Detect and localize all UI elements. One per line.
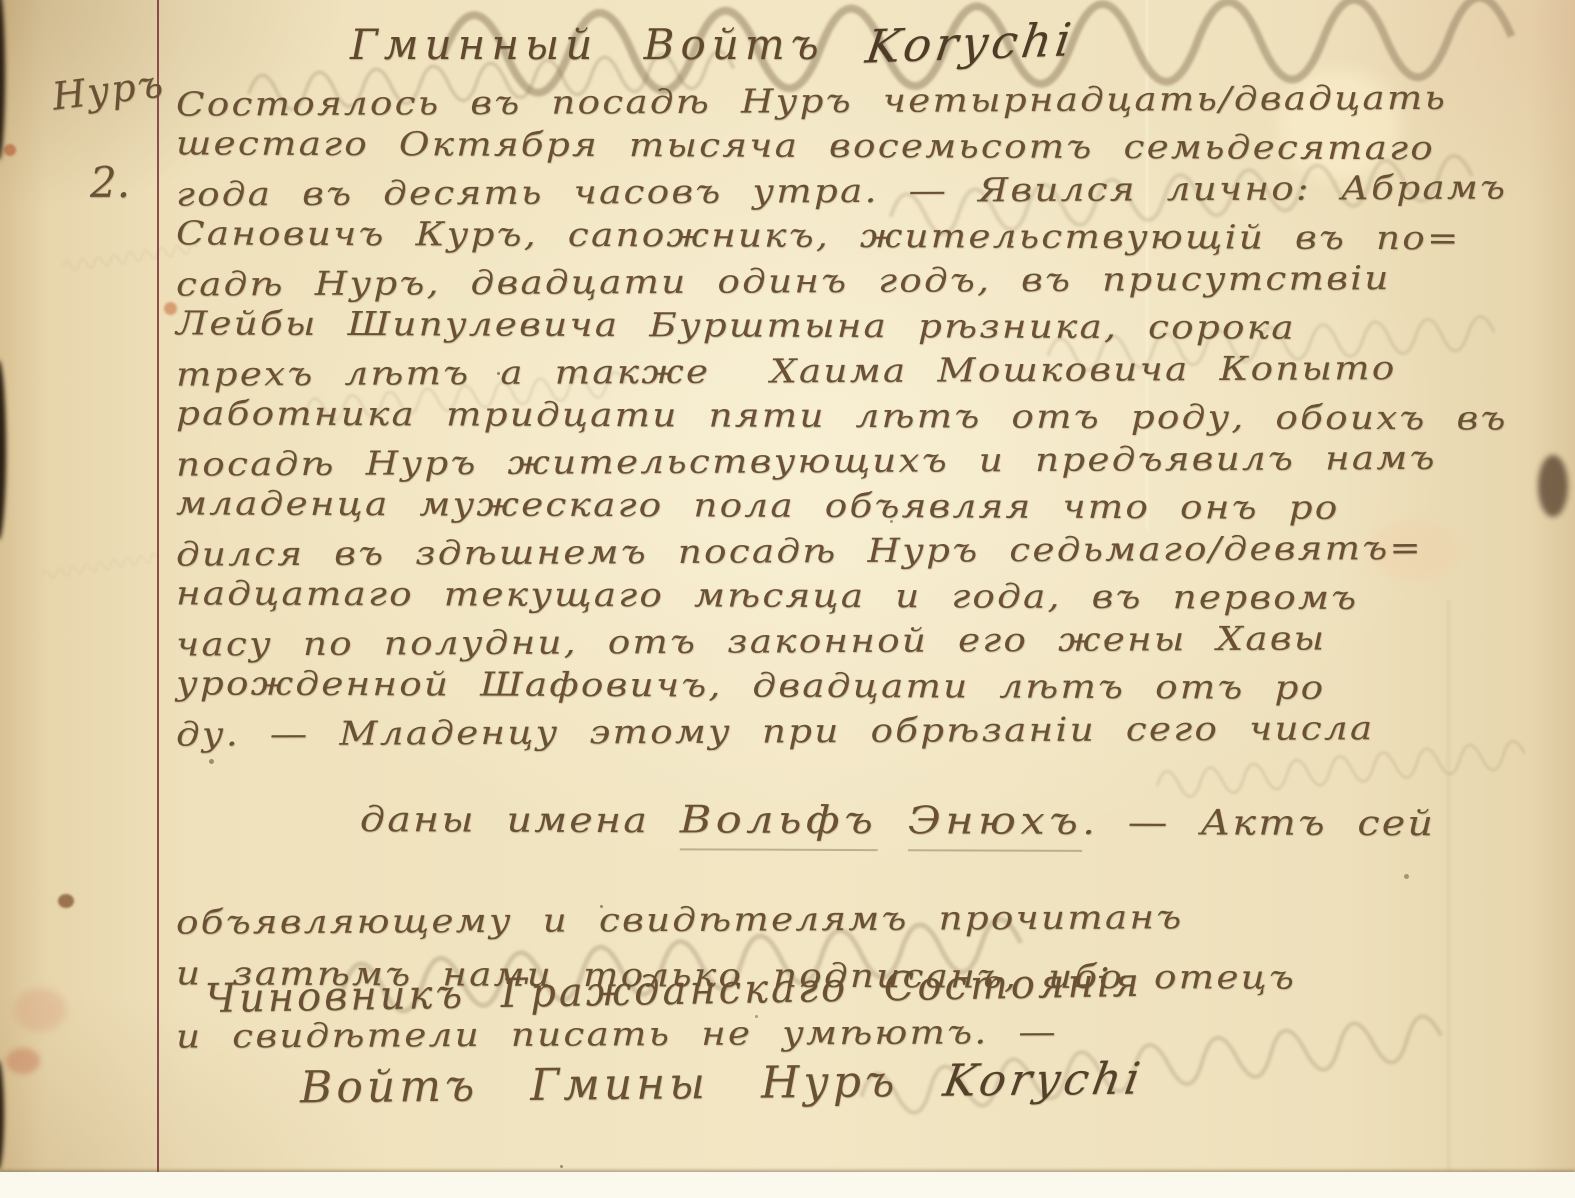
rust-stain: [6, 1048, 40, 1074]
name-line-pre: даны имена: [360, 800, 680, 841]
name-line-sep: [877, 802, 908, 842]
body-line: трехъ лѣтъ а также Хаима Мошковича Копыт…: [176, 344, 1532, 396]
body-line: дился въ здѣшнемъ посадѣ Нуръ седьмаго/д…: [176, 524, 1532, 576]
body-line: года въ десять часовъ утра. — Явился лич…: [176, 164, 1532, 216]
body-line: младенца мужескаго пола объявляя что онъ…: [176, 480, 1532, 530]
body-line: урожденной Шафовичъ, двадцати лѣтъ отъ р…: [176, 660, 1532, 710]
signature-line: Войтъ Гмины НуръKorychi: [300, 1054, 1144, 1114]
rust-stain: [14, 988, 66, 1032]
heading-signature: Korychi: [862, 12, 1078, 73]
page-edge-shadow: [0, 360, 6, 540]
rust-stain: [4, 144, 16, 156]
name-line-post: . — Актъ сей: [1082, 803, 1435, 844]
scanned-document-page: Гминный ВойтъKorychi Нуръ 2. Состоялось …: [0, 0, 1575, 1198]
signature-role: Войтъ Гмины Нуръ: [300, 1056, 899, 1113]
body-line: посадѣ Нуръ жительствующихъ и предъявилъ…: [176, 434, 1532, 486]
body-line: объявляющему и свидѣтелямъ прочитанъ: [176, 886, 1532, 950]
ink-blot: [1538, 455, 1568, 517]
margin-place-note: Нуръ: [50, 61, 167, 118]
bleed-through-texture: [40, 551, 160, 582]
document-heading: Гминный ВойтъKorychi: [350, 16, 1074, 70]
page-edge-shadow: [0, 0, 5, 160]
act-body-text: Состоялось въ посадѣ Нуръ четырнадцать/д…: [176, 78, 1532, 1061]
body-line: Состоялось въ посадѣ Нуръ четырнадцать/д…: [176, 74, 1532, 126]
body-line: садѣ Нуръ, двадцати одинъ годъ, въ прису…: [176, 254, 1532, 306]
body-line: работника тридцати пяти лѣтъ отъ роду, о…: [176, 390, 1532, 440]
margin-rule-line: [157, 0, 159, 1174]
body-line: надцатаго текущаго мѣсяца и года, въ пер…: [176, 570, 1532, 620]
body-line-given-names: даны имена Вольфъ Энюхъ. — Актъ сей: [176, 750, 1533, 892]
heading-title: Гминный Войтъ: [350, 20, 825, 69]
given-name-underlined: Энюхъ: [908, 798, 1083, 852]
page-edge-shadow: [0, 1060, 4, 1170]
signature-name: Korychi: [940, 1054, 1148, 1107]
rust-stain: [58, 894, 74, 908]
body-line: часу по полудни, отъ законной его жены Х…: [176, 614, 1532, 666]
body-line: Сановичъ Куръ, сапожникъ, жительствующій…: [176, 210, 1532, 260]
body-line: шестаго Октября тысяча восемьсотъ семьде…: [176, 120, 1532, 170]
margin-act-number: 2.: [90, 158, 130, 207]
body-line: ду. — Младенцу этому при обрѣзаніи сего …: [176, 704, 1532, 756]
given-name-underlined: Вольфъ: [680, 797, 878, 851]
scan-edge: [0, 1172, 1575, 1198]
body-line: Лейбы Шипулевича Бурштына рѣзника, сорок…: [176, 300, 1532, 350]
